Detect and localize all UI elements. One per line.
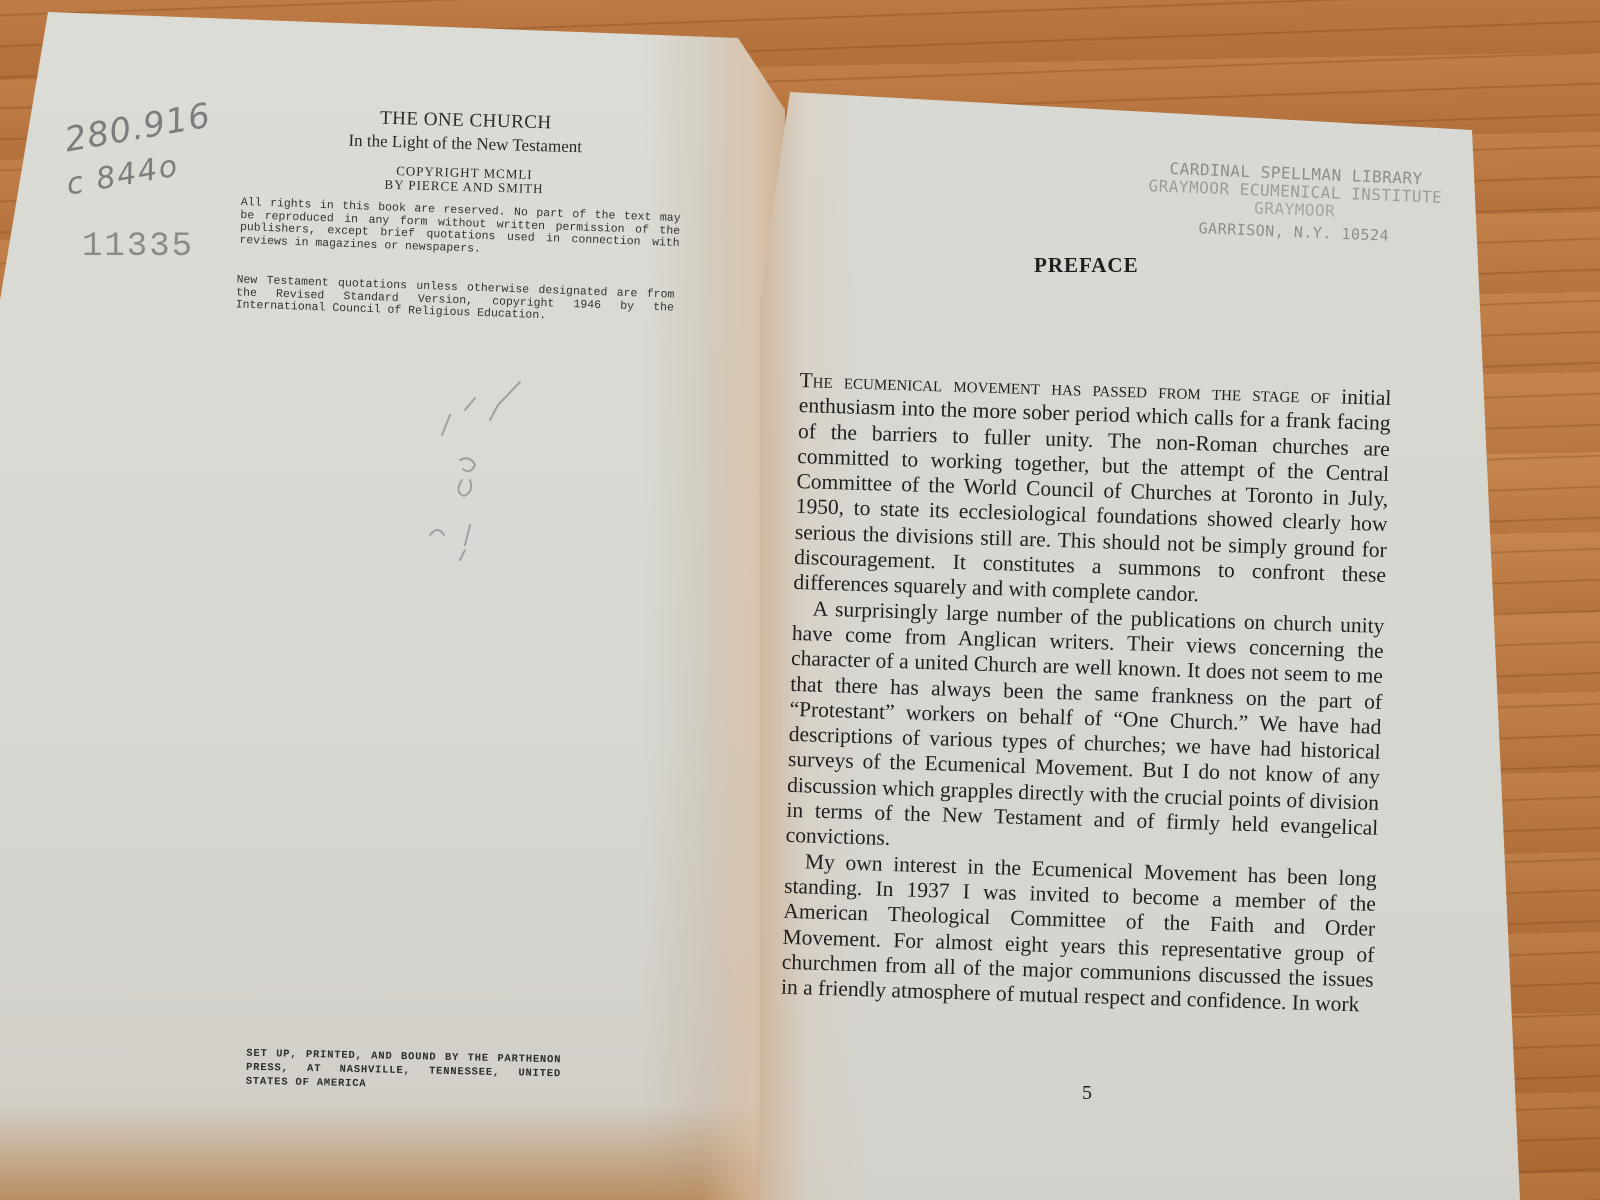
paragraph-2: A surprisingly large number of the publi… <box>785 596 1384 867</box>
preface-heading: PREFACE <box>1034 253 1139 278</box>
paragraph-1-text: initial enthusiasm into the more sober p… <box>793 384 1392 606</box>
library-ownership-stamp: CARDINAL SPELLMAN LIBRARY GRAYMOOR ECUME… <box>1139 159 1452 247</box>
accession-number-stamp: 11335 <box>82 228 194 266</box>
printer-notice: SET UP, PRINTED, AND BOUND BY THE PARTHE… <box>246 1047 562 1096</box>
paragraph-3: My own interest in the Ecumenical Moveme… <box>781 848 1377 1018</box>
page-number: 5 <box>1082 1082 1092 1105</box>
preface-body: The ecumenical movement has passed from … <box>781 368 1392 1018</box>
title-block: THE ONE CHURCH In the Light of the New T… <box>299 105 631 198</box>
paragraph-1: The ecumenical movement has passed from … <box>793 368 1392 614</box>
pencil-scribble-icon <box>420 360 560 570</box>
